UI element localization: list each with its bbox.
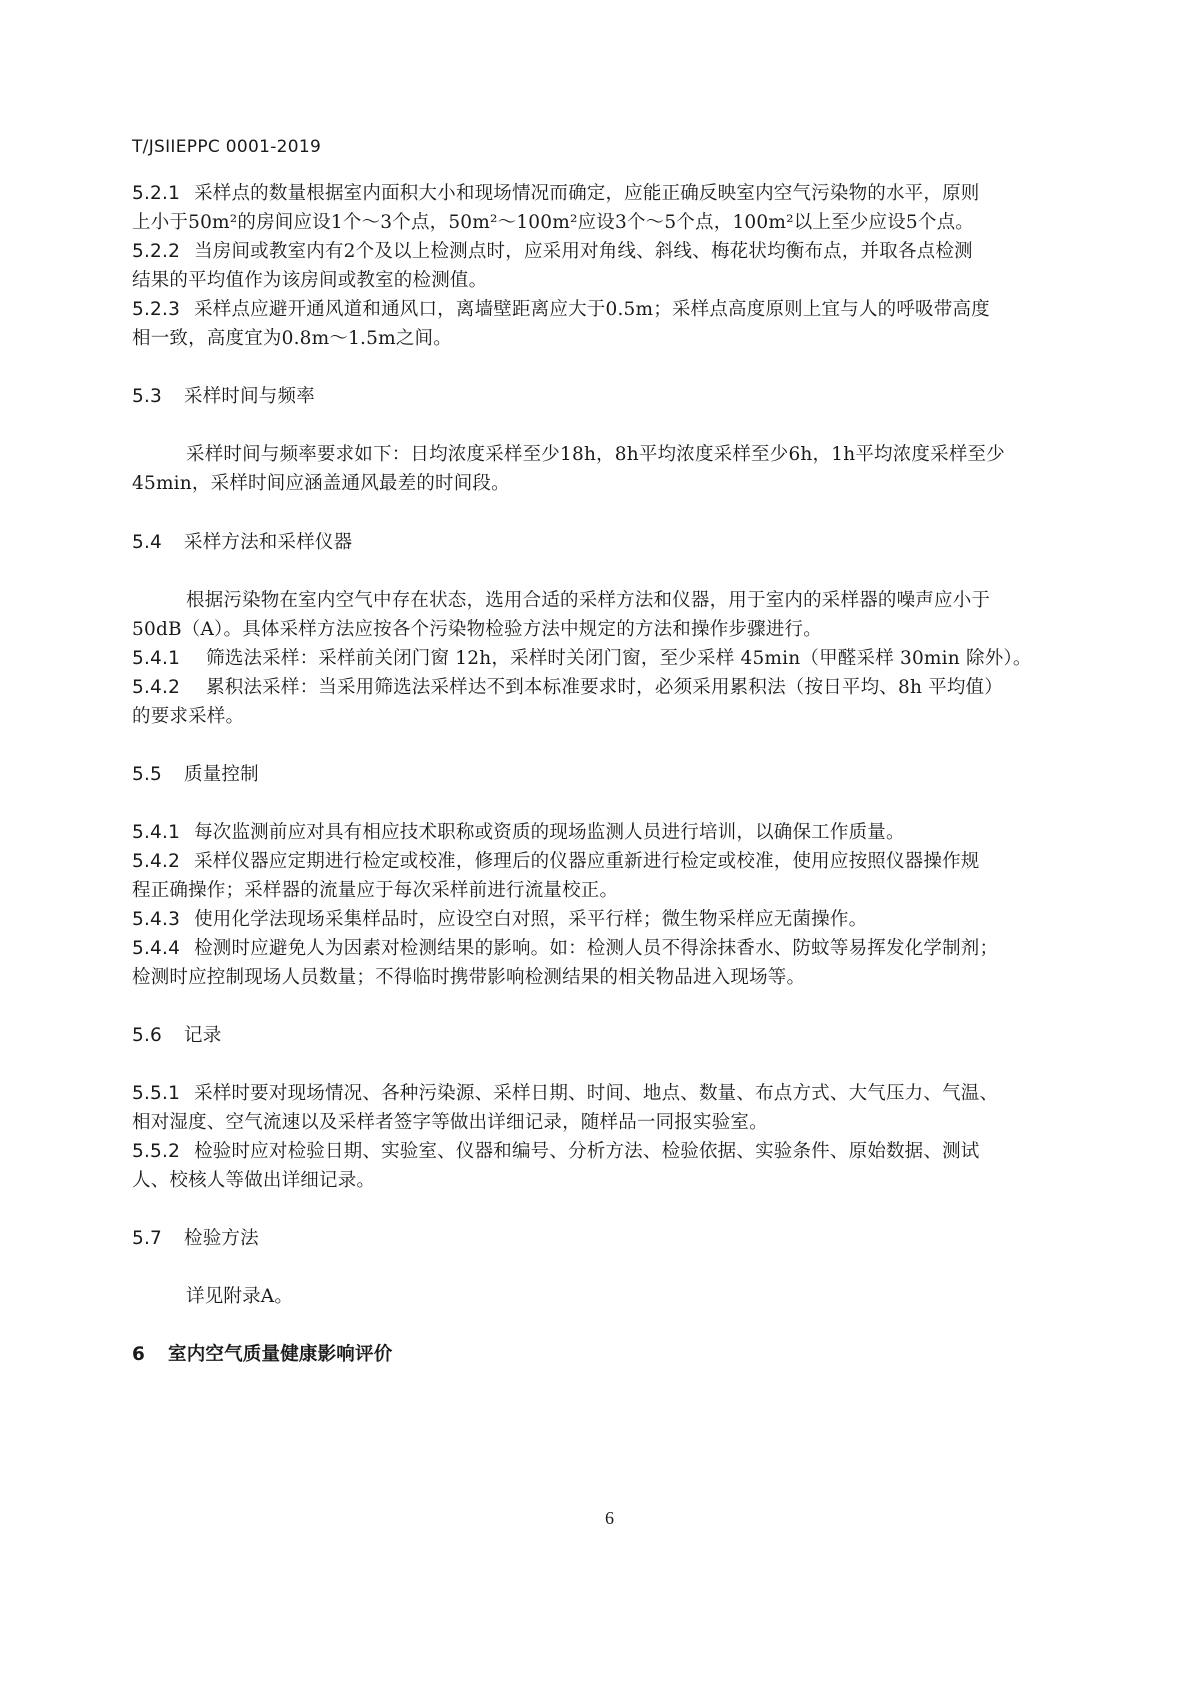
section-heading-5-3: 5.3采样时间与频率 — [132, 384, 315, 410]
clause-text: 每次监测前应对具有相应技术职称或资质的现场监测人员进行培训，以确保工作质量。 — [194, 822, 905, 843]
clause-5-4-3: 5.4.3使用化学法现场采集样品时，应设空白对照，采平行样；微生物采样应无菌操作… — [132, 907, 867, 933]
clause-5-4-1-training: 5.4.1每次监测前应对具有相应技术职称或资质的现场监测人员进行培训，以确保工作… — [132, 820, 905, 846]
clause-5-4-1-screening: 5.4.1筛选法采样：采样前关闭门窗 12h，采样时关闭门窗，至少采样 45mi… — [132, 646, 1032, 672]
clause-number: 5.4.1 — [132, 820, 180, 846]
clause-number: 5.5.2 — [132, 1139, 180, 1165]
clause-text: 检验时应对检验日期、实验室、仪器和编号、分析方法、检验依据、实验条件、原始数据、… — [194, 1141, 979, 1162]
section-heading-5-5: 5.5质量控制 — [132, 762, 259, 788]
section-title: 质量控制 — [184, 764, 259, 785]
clause-text: 累积法采样：当采用筛选法采样达不到本标准要求时，必须采用累积法（按日平均、8h … — [206, 677, 1003, 698]
chapter-number: 6 — [132, 1342, 168, 1368]
clause-5-5-2-line-1: 5.5.2检验时应对检验日期、实验室、仪器和编号、分析方法、检验依据、实验条件、… — [132, 1139, 979, 1165]
clause-number: 5.5.1 — [132, 1081, 180, 1107]
clause-text: 检测时应避免人为因素对检测结果的影响。如：检测人员不得涂抹香水、防蚊等易挥发化学… — [194, 938, 998, 959]
clause-text: 使用化学法现场采集样品时，应设空白对照，采平行样；微生物采样应无菌操作。 — [194, 909, 867, 930]
clause-5-2-2-line-1: 5.2.2当房间或教室内有2个及以上检测点时，应采用对角线、斜线、梅花状均衡布点… — [132, 239, 973, 265]
clause-number: 5.4.3 — [132, 907, 180, 933]
section-number: 5.6 — [132, 1023, 184, 1049]
section-number: 5.5 — [132, 762, 184, 788]
section-heading-5-7: 5.7检验方法 — [132, 1226, 259, 1252]
clause-text: 采样点的数量根据室内面积大小和现场情况而确定，应能正确反映室内空气污染物的水平，… — [194, 183, 979, 204]
clause-5-4-4-line-1: 5.4.4检测时应避免人为因素对检测结果的影响。如：检测人员不得涂抹香水、防蚊等… — [132, 936, 998, 962]
clause-5-4-4-line-2: 检测时应控制现场人员数量；不得临时携带影响检测结果的相关物品进入现场等。 — [132, 965, 805, 991]
standard-code-header: T/JSIIEPPC 0001-2019 — [132, 134, 321, 160]
section-number: 5.7 — [132, 1226, 184, 1252]
section-title: 记录 — [184, 1025, 221, 1046]
section-heading-5-6: 5.6记录 — [132, 1023, 221, 1049]
clause-text: 采样时要对现场情况、各种污染源、采样日期、时间、地点、数量、布点方式、大气压力、… — [194, 1083, 998, 1104]
para-5-4-line-1: 根据污染物在室内空气中存在状态，选用合适的采样方法和仪器，用于室内的采样器的噪声… — [186, 588, 990, 614]
clause-5-4-2-cumulative-line-2: 的要求采样。 — [132, 704, 244, 730]
clause-5-5-1-line-1: 5.5.1采样时要对现场情况、各种污染源、采样日期、时间、地点、数量、布点方式、… — [132, 1081, 998, 1107]
para-5-4-line-2: 50dB（A）。具体采样方法应按各个污染物检验方法中规定的方法和操作步骤进行。 — [132, 617, 822, 643]
section-title: 检验方法 — [184, 1228, 259, 1249]
clause-number: 5.4.2 — [132, 675, 180, 701]
section-number: 5.4 — [132, 530, 184, 556]
clause-number: 5.4.1 — [132, 646, 180, 672]
clause-5-4-2-calibration-line-1: 5.4.2采样仪器应定期进行检定或校准，修理后的仪器应重新进行检定或校准，使用应… — [132, 849, 979, 875]
document-page: T/JSIIEPPC 0001-2019 5.2.1采样点的数量根据室内面积大小… — [0, 0, 1199, 1696]
chapter-title: 室内空气质量健康影响评价 — [168, 1344, 392, 1365]
clause-5-2-3-line-1: 5.2.3采样点应避开通风道和通风口，离墙壁距离应大于0.5m；采样点高度原则上… — [132, 297, 990, 323]
para-5-3-line-2: 45min，采样时间应涵盖通风最差的时间段。 — [132, 471, 510, 497]
clause-text: 筛选法采样：采样前关闭门窗 12h，采样时关闭门窗，至少采样 45min（甲醛采… — [206, 648, 1031, 669]
section-number: 5.3 — [132, 384, 184, 410]
clause-text: 采样点应避开通风道和通风口，离墙壁距离应大于0.5m；采样点高度原则上宜与人的呼… — [194, 299, 990, 320]
clause-number: 5.2.2 — [132, 239, 180, 265]
clause-5-2-3-line-2: 相一致，高度宜为0.8m～1.5m之间。 — [132, 326, 452, 352]
clause-5-2-1-line-1: 5.2.1采样点的数量根据室内面积大小和现场情况而确定，应能正确反映室内空气污染… — [132, 181, 979, 207]
clause-5-4-2-calibration-line-2: 程正确操作；采样器的流量应于每次采样前进行流量校正。 — [132, 878, 618, 904]
clause-number: 5.2.3 — [132, 297, 180, 323]
clause-text: 当房间或教室内有2个及以上检测点时，应采用对角线、斜线、梅花状均衡布点，并取各点… — [194, 241, 973, 262]
clause-number: 5.4.4 — [132, 936, 180, 962]
clause-5-5-1-line-2: 相对湿度、空气流速以及采样者签字等做出详细记录，随样品一同报实验室。 — [132, 1110, 768, 1136]
clause-5-2-1-line-2: 上小于50m²的房间应设1个～3个点，50m²～100m²应设3个～5个点，10… — [132, 210, 974, 236]
clause-number: 5.4.2 — [132, 849, 180, 875]
section-heading-5-4: 5.4采样方法和采样仪器 — [132, 530, 352, 556]
para-5-3-line-1: 采样时间与频率要求如下：日均浓度采样至少18h，8h平均浓度采样至少6h，1h平… — [186, 442, 1005, 468]
clause-text: 采样仪器应定期进行检定或校准，修理后的仪器应重新进行检定或校准，使用应按照仪器操… — [194, 851, 979, 872]
chapter-heading-6: 6室内空气质量健康影响评价 — [132, 1342, 392, 1368]
page-number: 6 — [605, 1508, 614, 1529]
clause-5-5-2-line-2: 人、校核人等做出详细记录。 — [132, 1168, 375, 1194]
section-title: 采样时间与频率 — [184, 386, 315, 407]
para-5-7-appendix-reference: 详见附录A。 — [186, 1284, 293, 1310]
clause-number: 5.2.1 — [132, 181, 180, 207]
clause-5-2-2-line-2: 结果的平均值作为该房间或教室的检测值。 — [132, 268, 487, 294]
clause-5-4-2-cumulative-line-1: 5.4.2累积法采样：当采用筛选法采样达不到本标准要求时，必须采用累积法（按日平… — [132, 675, 1003, 701]
section-title: 采样方法和采样仪器 — [184, 532, 352, 553]
